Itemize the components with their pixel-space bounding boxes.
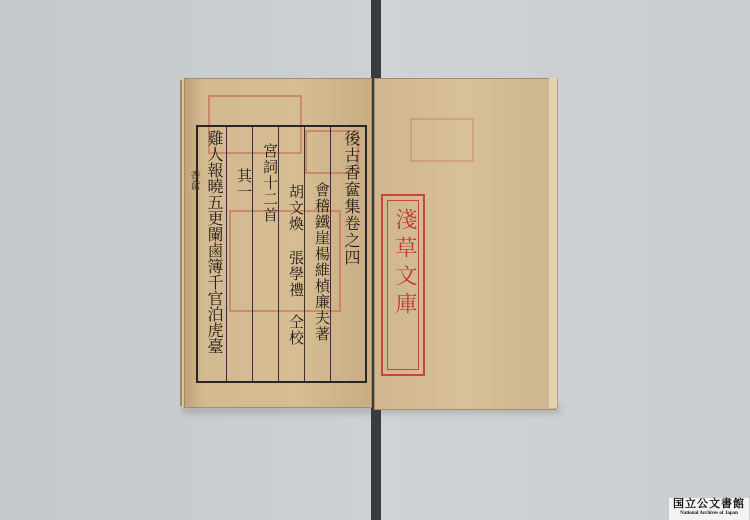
poem-title: 宮詞十二首 bbox=[262, 143, 277, 223]
editor-line-2: 張學禮 仝校 bbox=[288, 250, 303, 346]
library-seal-label: 淺草文庫 bbox=[381, 194, 425, 376]
faded-seal-right-page bbox=[410, 118, 474, 162]
column-rule bbox=[252, 127, 253, 381]
title-line: 後古香奩集卷之四 bbox=[343, 130, 359, 266]
column-rule bbox=[226, 127, 227, 381]
author-line: 會稽鐵崖楊維楨廉夫著 bbox=[314, 182, 329, 342]
watermark-japanese: 国立公文書館 bbox=[669, 498, 749, 510]
watermark-english: National Archives of Japan bbox=[669, 510, 749, 517]
right-page-edge bbox=[549, 78, 558, 408]
margin-label: 香奩 bbox=[186, 170, 201, 190]
library-seal-text: 淺草文庫 bbox=[389, 208, 420, 320]
editor-line-1: 胡文煥 bbox=[288, 184, 303, 232]
poem-number: 其一 bbox=[236, 168, 251, 200]
poem-line: 雞人報曉五更闌鹵簿千官泊虎臺 bbox=[206, 130, 222, 354]
archives-watermark: 国立公文書館 National Archives of Japan bbox=[668, 497, 750, 520]
